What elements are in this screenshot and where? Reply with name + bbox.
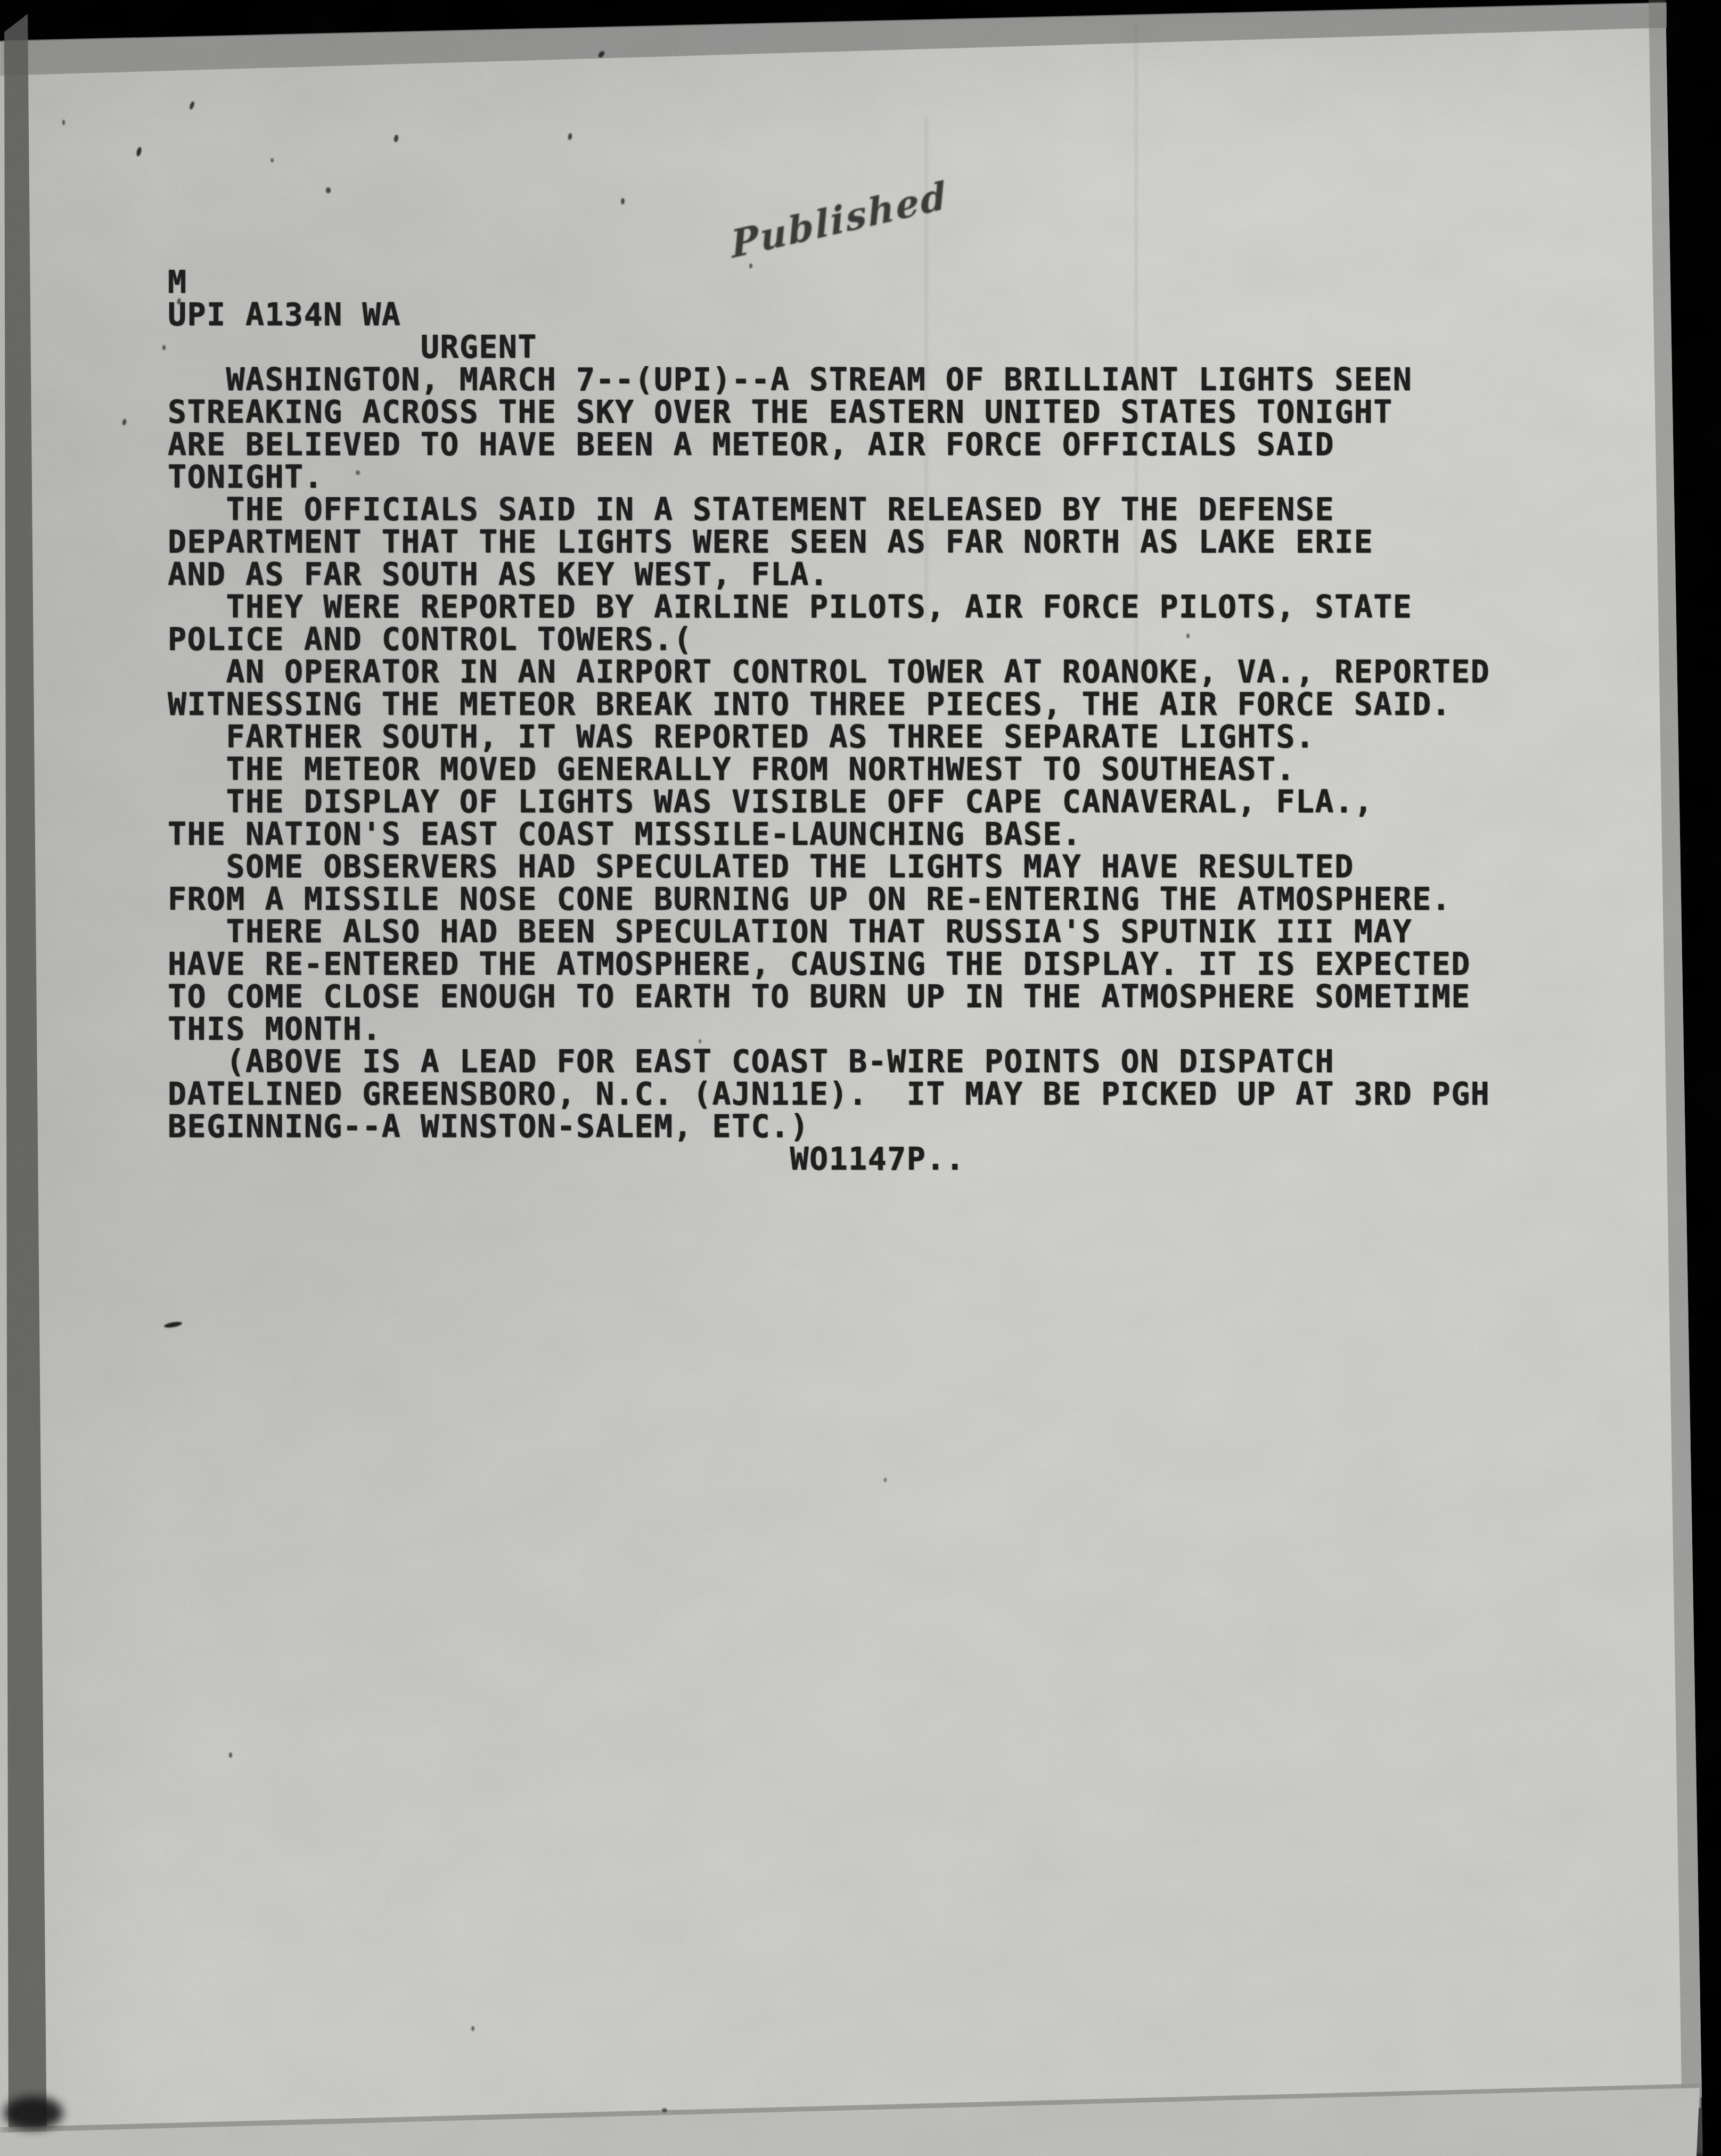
ink-speck	[1379, 892, 1382, 896]
text-line: (ABOVE IS A LEAD FOR EAST COAST B-WIRE P…	[168, 1046, 1490, 1078]
text-line: UPI A134N WA	[168, 299, 1490, 331]
typewritten-text: MUPI A134N WA URGENT WASHINGTON, MARCH 7…	[168, 266, 1490, 1175]
ink-speck	[356, 471, 360, 475]
text-line: STREAKING ACROSS THE SKY OVER THE EASTER…	[168, 396, 1490, 429]
text-line: AN OPERATOR IN AN AIRPORT CONTROL TOWER …	[168, 656, 1490, 688]
text-line: TONIGHT.	[168, 461, 1490, 493]
ink-speck	[621, 198, 625, 204]
text-line: THE OFFICIALS SAID IN A STATEMENT RELEAS…	[168, 493, 1490, 526]
ink-speck	[229, 1752, 232, 1758]
scanned-document: Published MUPI A134N WA URGENT WASHINGTO…	[0, 0, 1721, 2156]
text-line: WASHINGTON, MARCH 7--(UPI)--A STREAM OF …	[168, 364, 1490, 396]
ink-speck	[884, 1478, 887, 1482]
text-line: ARE BELIEVED TO HAVE BEEN A METEOR, AIR …	[168, 429, 1490, 461]
text-line: THERE ALSO HAD BEEN SPECULATION THAT RUS…	[168, 916, 1490, 948]
text-line: URGENT	[168, 331, 1490, 364]
text-line: HAVE RE-ENTERED THE ATMOSPHERE, CAUSING …	[168, 948, 1490, 981]
ink-speck	[749, 264, 752, 268]
text-line: FROM A MISSILE NOSE CONE BURNING UP ON R…	[168, 883, 1490, 916]
ink-speck	[162, 345, 166, 350]
ink-speck	[471, 2026, 474, 2031]
text-line: THIS MONTH.	[168, 1013, 1490, 1046]
ink-speck	[271, 158, 274, 162]
ink-speck	[1186, 633, 1190, 638]
ink-speck	[326, 187, 331, 193]
text-line: THE DISPLAY OF LIGHTS WAS VISIBLE OFF CA…	[168, 786, 1490, 818]
text-line: POLICE AND CONTROL TOWERS.(	[168, 623, 1490, 656]
text-line: AND AS FAR SOUTH AS KEY WEST, FLA.	[168, 558, 1490, 591]
ink-speck	[699, 1039, 701, 1043]
text-line: TO COME CLOSE ENOUGH TO EARTH TO BURN UP…	[168, 981, 1490, 1013]
text-line: DEPARTMENT THAT THE LIGHTS WERE SEEN AS …	[168, 526, 1490, 558]
text-line: SOME OBSERVERS HAD SPECULATED THE LIGHTS…	[168, 851, 1490, 883]
text-line: THEY WERE REPORTED BY AIRLINE PILOTS, AI…	[168, 591, 1490, 623]
bottom-left-ink-blob	[4, 2096, 63, 2129]
ink-speck	[662, 2108, 667, 2112]
text-line: WITNESSING THE METEOR BREAK INTO THREE P…	[168, 688, 1490, 721]
text-line: M	[168, 266, 1490, 299]
text-line: THE METEOR MOVED GENERALLY FROM NORTHWES…	[168, 753, 1490, 786]
text-line: DATELINED GREENSBORO, N.C. (AJN11E). IT …	[168, 1078, 1490, 1110]
ink-speck	[62, 120, 65, 125]
text-line: WO1147P..	[168, 1143, 1490, 1175]
text-line: BEGINNING--A WINSTON-SALEM, ETC.)	[168, 1110, 1490, 1143]
text-line: FARTHER SOUTH, IT WAS REPORTED AS THREE …	[168, 721, 1490, 753]
text-line: THE NATION'S EAST COAST MISSILE-LAUNCHIN…	[168, 818, 1490, 851]
